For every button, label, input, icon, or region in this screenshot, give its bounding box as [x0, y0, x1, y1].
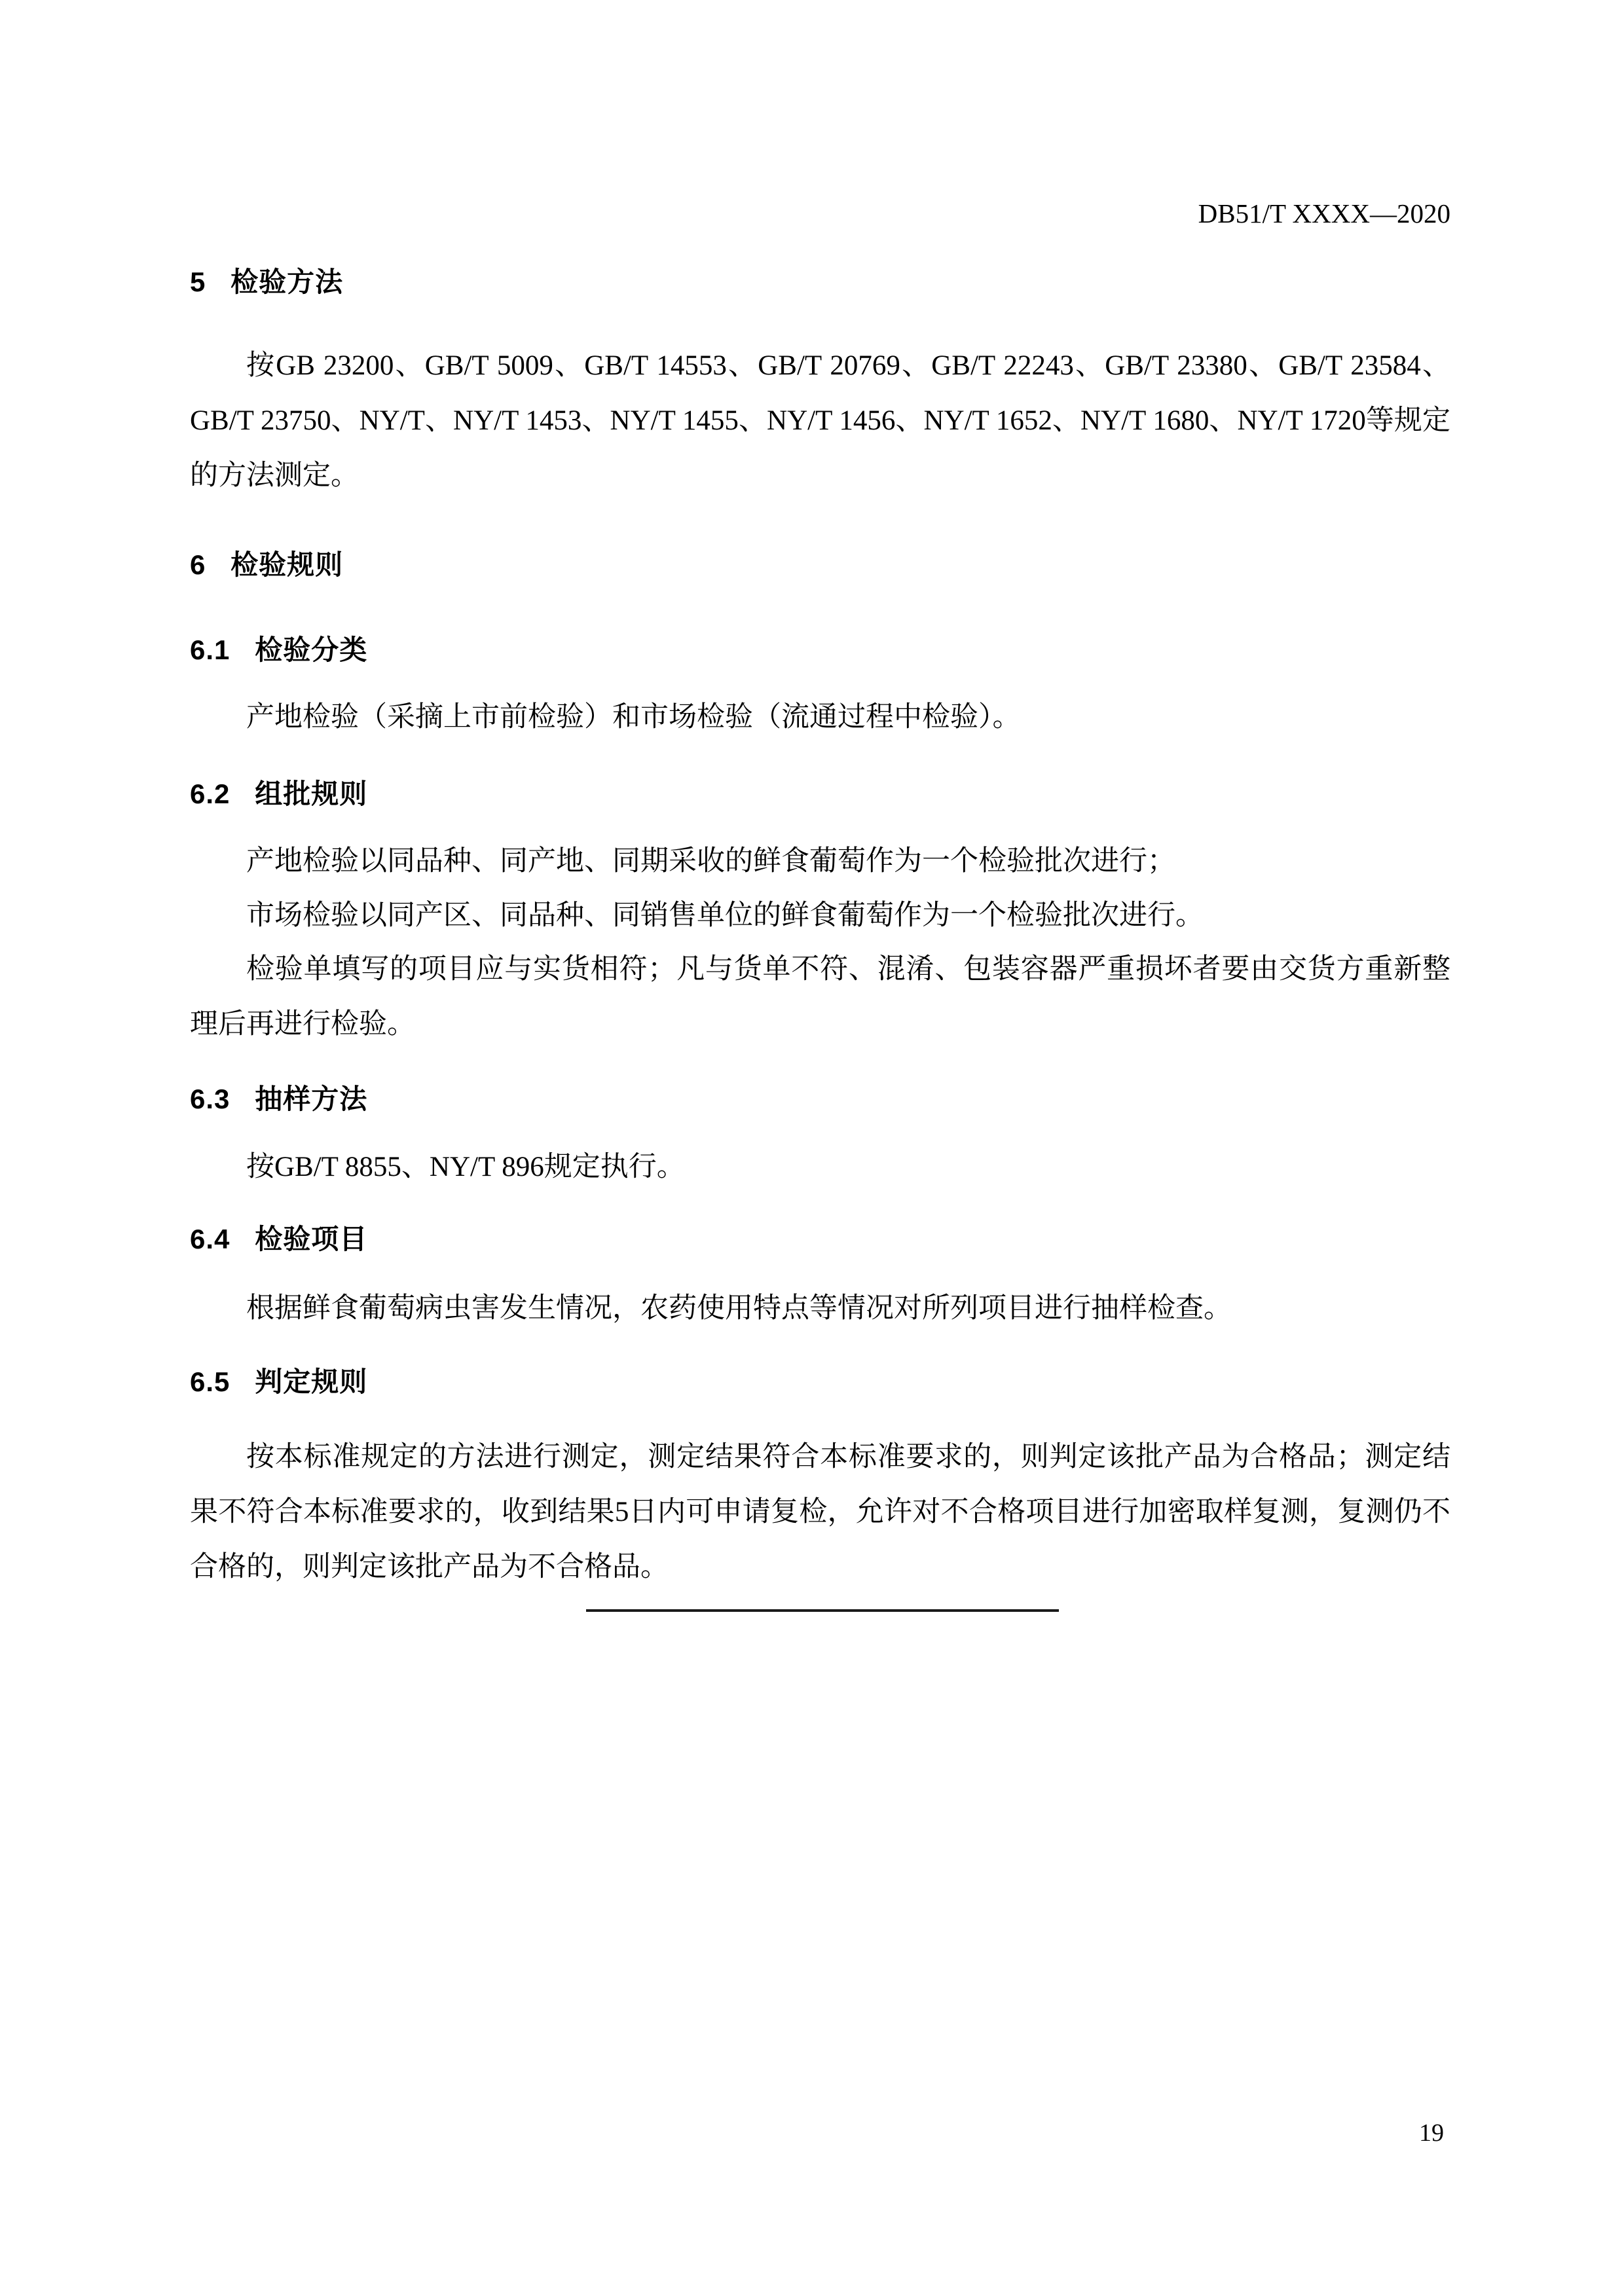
section-6-5-number: 6.5 [190, 1366, 230, 1397]
section-5-paragraph-1: 按GB 23200、GB/T 5009、GB/T 14553、GB/T 2076… [190, 338, 1450, 503]
section-6-2-heading: 6.2组批规则 [190, 777, 1450, 811]
section-6-1-heading: 6.1检验分类 [190, 633, 1450, 667]
section-6-1-paragraph-1: 产地检验（采摘上市前检验）和市场检验（流通过程中检验）。 [190, 690, 1450, 745]
section-6-5-paragraph-1: 按本标准规定的方法进行测定，测定结果符合本标准要求的，则判定该批产品为合格品；测… [190, 1430, 1450, 1595]
section-6-2-paragraph-3: 检验单填写的项目应与实货相符；凡与货单不符、混淆、包装容器严重损坏者要由交货方重… [190, 942, 1450, 1052]
section-6-3-heading: 6.3抽样方法 [190, 1082, 1450, 1116]
section-5-title: 检验方法 [231, 266, 343, 297]
section-6-heading: 6检验规则 [190, 548, 1450, 582]
page-number: 19 [190, 2119, 1444, 2147]
section-6-number: 6 [190, 549, 206, 580]
end-of-text-divider [586, 1609, 1059, 1612]
section-6-5-heading: 6.5判定规则 [190, 1365, 1450, 1399]
section-6-1-number: 6.1 [190, 634, 230, 665]
section-6-2-title: 组批规则 [255, 778, 367, 809]
document-page: DB51/T XXXX—2020 5检验方法 按GB 23200、GB/T 50… [0, 0, 1624, 2296]
section-6-title: 检验规则 [231, 549, 343, 580]
section-6-4-number: 6.4 [190, 1224, 230, 1254]
section-6-4-paragraph-1: 根据鲜食葡萄病虫害发生情况，农药使用特点等情况对所列项目进行抽样检查。 [190, 1281, 1450, 1336]
section-6-2-number: 6.2 [190, 778, 230, 809]
section-6-5-title: 判定规则 [255, 1366, 367, 1397]
section-6-3-number: 6.3 [190, 1084, 230, 1114]
section-6-4-heading: 6.4检验项目 [190, 1222, 1450, 1256]
doc-code-header: DB51/T XXXX—2020 [190, 198, 1450, 228]
section-5-number: 5 [190, 266, 206, 297]
section-6-3-paragraph-1: 按GB/T 8855、NY/T 896规定执行。 [190, 1140, 1450, 1195]
section-6-1-title: 检验分类 [255, 634, 367, 665]
section-6-2-paragraph-2: 市场检验以同产区、同品种、同销售单位的鲜食葡萄作为一个检验批次进行。 [190, 888, 1450, 943]
section-6-2-paragraph-1: 产地检验以同品种、同产地、同期采收的鲜食葡萄作为一个检验批次进行； [190, 834, 1450, 889]
section-5-heading: 5检验方法 [190, 265, 1450, 299]
section-6-4-title: 检验项目 [255, 1224, 367, 1254]
section-6-3-title: 抽样方法 [255, 1084, 367, 1114]
